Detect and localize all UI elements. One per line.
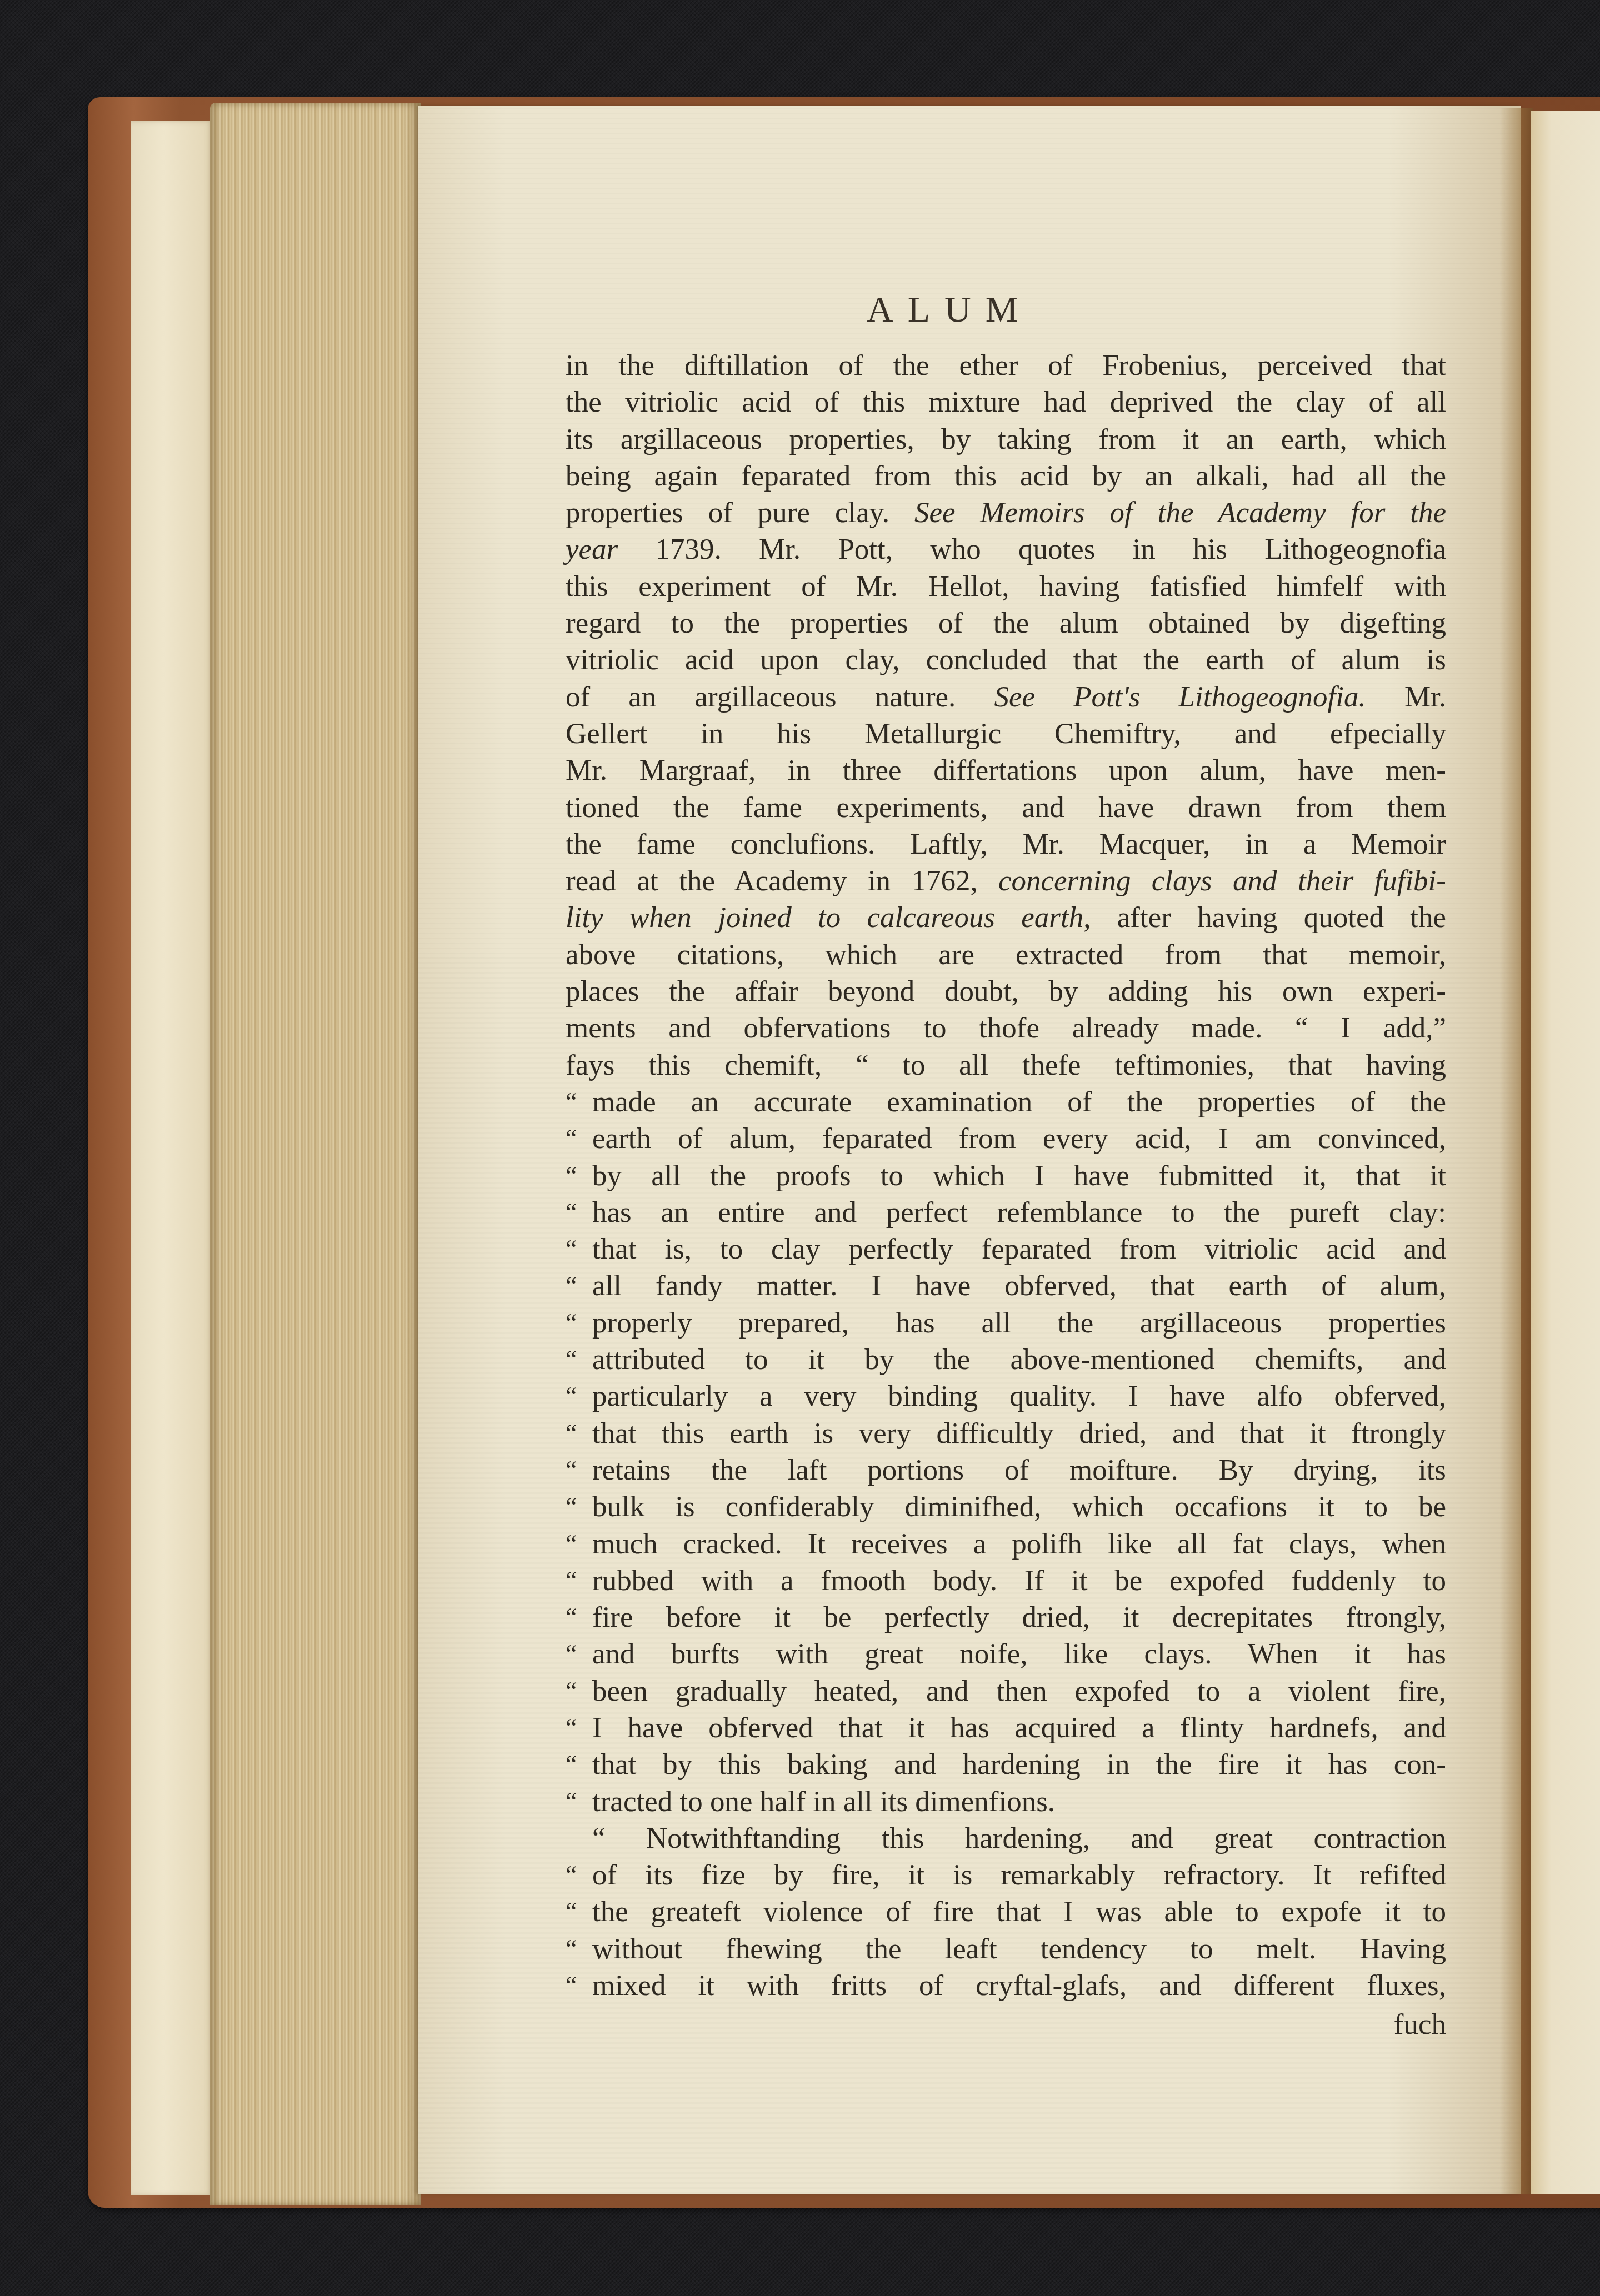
quotation-mark: “ (566, 1378, 577, 1415)
text-line: the fame conclufions. Laftly, Mr. Macque… (566, 826, 1446, 863)
quotation-mark: “ (566, 1120, 577, 1157)
text-line: being again feparated from this acid by … (566, 458, 1446, 494)
endpaper (131, 121, 213, 2195)
italic-segment: See Pott's Lithogeognofia. (994, 681, 1366, 713)
text-line: regard to the properties of the alum obt… (566, 605, 1446, 641)
quotation-mark: “ (566, 1931, 577, 1967)
text-line: its argillaceous properties, by taking f… (566, 421, 1446, 458)
text-line: ments and obfervations to thofe already … (566, 1010, 1446, 1046)
text-segment: that this earth is very difficultly drie… (592, 1417, 1446, 1450)
quotation-mark: “ (566, 1415, 577, 1452)
quotation-mark: “ (566, 1194, 577, 1231)
text-segment: that is, to clay perfectly feparated fro… (592, 1233, 1446, 1265)
text-segment: attributed to it by the above-mentioned … (592, 1343, 1446, 1376)
text-segment: mixed it with fritts of cryftal-glafs, a… (592, 1969, 1446, 2002)
text-segment: places the affair beyond doubt, by addin… (566, 975, 1446, 1007)
text-segment: that by this baking and hardening in the… (592, 1748, 1446, 1781)
text-line: “much cracked. It receives a polifh like… (566, 1526, 1446, 1562)
text-segment: been gradually heated, and then expofed … (592, 1675, 1446, 1707)
text-segment: tracted to one half in all its dimenfion… (592, 1786, 1055, 1818)
text-segment: particularly a very binding quality. I h… (592, 1380, 1446, 1412)
text-line: “mixed it with fritts of cryftal-glafs, … (566, 1967, 1446, 2004)
text-line: “that by this baking and hardening in th… (566, 1746, 1446, 1783)
quotation-mark: “ (566, 1967, 577, 2004)
text-line: “has an entire and perfect refemblance t… (566, 1194, 1446, 1231)
text-segment: above citations, which are extracted fro… (566, 939, 1446, 971)
text-segment: properties of pure clay. (566, 497, 914, 529)
text-line: tioned the fame experiments, and have dr… (566, 789, 1446, 826)
text-segment: much cracked. It receives a polifh like … (592, 1528, 1446, 1560)
text-line: “that is, to clay perfectly feparated fr… (566, 1231, 1446, 1267)
text-line: “of its fize by fire, it is remarkably r… (566, 1857, 1446, 1893)
text-line: “properly prepared, has all the argillac… (566, 1305, 1446, 1341)
text-line: “attributed to it by the above-mentioned… (566, 1341, 1446, 1378)
text-segment: rubbed with a fmooth body. If it be expo… (592, 1565, 1446, 1597)
body-text: in the diftillation of the ether of Frob… (566, 347, 1446, 2004)
text-segment: Mr. (1366, 681, 1446, 713)
stacked-page-edges (210, 103, 421, 2205)
text-line: “tracted to one half in all its dimenfio… (566, 1783, 1446, 1820)
text-segment: has an entire and perfect refemblance to… (592, 1196, 1446, 1229)
text-line: “without fhewing the leaft tendency to m… (566, 1931, 1446, 1967)
text-segment: , after having quoted the (1083, 901, 1446, 934)
text-line: above citations, which are extracted fro… (566, 936, 1446, 973)
text-line: “been gradually heated, and then expofed… (566, 1673, 1446, 1710)
catchword-line: fuch (566, 2008, 1446, 2041)
text-segment: retains the laft portions of moifture. B… (592, 1454, 1446, 1486)
quotation-mark: “ (566, 1562, 577, 1599)
text-segment: in the diftillation of the ether of Frob… (566, 349, 1446, 382)
text-segment: all fandy matter. I have obferved, that … (592, 1270, 1446, 1302)
text-segment: by all the proofs to which I have fubmit… (592, 1160, 1446, 1192)
text-line: read at the Academy in 1762, concerning … (566, 863, 1446, 899)
italic-segment: See Memoirs of the Academy for the (914, 497, 1446, 529)
text-line: “by all the proofs to which I have fubmi… (566, 1157, 1446, 1194)
recto-page-sliver (1531, 111, 1600, 2194)
text-line: the vitriolic acid of this mixture had d… (566, 384, 1446, 420)
text-segment: 1739. Mr. Pott, who quotes in his Lithog… (655, 533, 1446, 565)
text-segment: earth of alum, feparated from every acid… (592, 1122, 1446, 1155)
quotation-mark: “ (566, 1341, 577, 1378)
text-line: “and burfts with great noife, like clays… (566, 1636, 1446, 1672)
text-line: Gellert in his Metallurgic Chemiftry, an… (566, 715, 1446, 752)
text-line: “ Notwithftanding this hardening, and gr… (566, 1820, 1446, 1857)
quotation-mark: “ (566, 1305, 577, 1341)
text-segment: the fame conclufions. Laftly, Mr. Macque… (566, 828, 1446, 860)
text-line: Mr. Margraaf, in three differtations upo… (566, 752, 1446, 789)
quotation-mark: “ (566, 1673, 577, 1710)
quotation-mark: “ (566, 1893, 577, 1930)
text-segment: and burfts with great noife, like clays.… (592, 1638, 1446, 1670)
italic-segment: lity when joined to calcareous earth (566, 901, 1083, 934)
text-line: this experiment of Mr. Hellot, having fa… (566, 568, 1446, 605)
text-line: “bulk is confiderably diminifhed, which … (566, 1488, 1446, 1525)
quotation-mark: “ (566, 1231, 577, 1267)
quotation-mark: “ (566, 1783, 577, 1820)
text-line: in the diftillation of the ether of Frob… (566, 347, 1446, 384)
text-line: vitriolic acid upon clay, concluded that… (566, 641, 1446, 678)
text-line: places the affair beyond doubt, by addin… (566, 973, 1446, 1010)
text-segment: the greateft violence of fire that I was… (592, 1896, 1446, 1928)
text-line: of an argillaceous nature. See Pott's Li… (566, 679, 1446, 715)
text-line: properties of pure clay. See Memoirs of … (566, 494, 1446, 531)
text-segment: of an argillaceous nature. (566, 681, 994, 713)
text-line: “retains the laft portions of moifture. … (566, 1452, 1446, 1488)
quotation-mark: “ (566, 1746, 577, 1783)
text-segment: bulk is confiderably diminifhed, which o… (592, 1491, 1446, 1523)
quotation-mark: “ (566, 1084, 577, 1120)
text-segment: being again feparated from this acid by … (566, 460, 1446, 492)
text-segment: I have obferved that it has acquired a f… (592, 1712, 1446, 1744)
catchword: fuch (1394, 2008, 1446, 2041)
quotation-mark: “ (566, 1157, 577, 1194)
quotation-mark: “ (566, 1857, 577, 1893)
quotation-mark: “ (566, 1599, 577, 1636)
text-line: year 1739. Mr. Pott, who quotes in his L… (566, 531, 1446, 568)
text-segment: fays this chemift, “ to all thefe teftim… (566, 1049, 1446, 1081)
italic-segment: concerning clays and their fufibi- (998, 865, 1446, 897)
quotation-mark: “ (566, 1452, 577, 1488)
text-segment: vitriolic acid upon clay, concluded that… (566, 644, 1446, 676)
text-segment: the vitriolic acid of this mixture had d… (566, 386, 1446, 418)
text-segment: its argillaceous properties, by taking f… (566, 423, 1446, 455)
text-segment: this experiment of Mr. Hellot, having fa… (566, 570, 1446, 603)
text-segment: fire before it be perfectly dried, it de… (592, 1601, 1446, 1633)
running-head: ALUM (867, 289, 1144, 331)
text-segment: “ Notwithftanding this hardening, and gr… (592, 1822, 1446, 1854)
quotation-mark: “ (566, 1488, 577, 1525)
text-line: “fire before it be perfectly dried, it d… (566, 1599, 1446, 1636)
italic-segment: year (566, 533, 655, 565)
text-line: “particularly a very binding quality. I … (566, 1378, 1446, 1415)
text-segment: of its fize by fire, it is remarkably re… (592, 1859, 1446, 1891)
text-segment: tioned the fame experiments, and have dr… (566, 791, 1446, 824)
text-segment: without fhewing the leaft tendency to me… (592, 1933, 1446, 1965)
text-line: “all fandy matter. I have obferved, that… (566, 1267, 1446, 1304)
text-line: “I have obferved that it has acquired a … (566, 1710, 1446, 1746)
text-line: “rubbed with a fmooth body. If it be exp… (566, 1562, 1446, 1599)
text-segment: ments and obfervations to thofe already … (566, 1012, 1446, 1044)
text-line: fays this chemift, “ to all thefe teftim… (566, 1047, 1446, 1084)
text-line: “made an accurate examination of the pro… (566, 1084, 1446, 1120)
quotation-mark: “ (566, 1526, 577, 1562)
text-segment: made an accurate examination of the prop… (592, 1086, 1446, 1118)
text-line: “the greateft violence of fire that I wa… (566, 1893, 1446, 1930)
quotation-mark: “ (566, 1636, 577, 1672)
text-segment: regard to the properties of the alum obt… (566, 607, 1446, 639)
quotation-mark: “ (566, 1710, 577, 1746)
quotation-mark: “ (566, 1267, 577, 1304)
text-segment: Gellert in his Metallurgic Chemiftry, an… (566, 718, 1446, 750)
text-line: “earth of alum, feparated from every aci… (566, 1120, 1446, 1157)
text-segment: properly prepared, has all the argillace… (592, 1307, 1446, 1339)
text-segment: read at the Academy in 1762, (566, 865, 998, 897)
text-segment: Mr. Margraaf, in three differtations upo… (566, 754, 1446, 786)
gutter-shadow (1500, 108, 1533, 2194)
text-line: “that this earth is very difficultly dri… (566, 1415, 1446, 1452)
text-line: lity when joined to calcareous earth, af… (566, 899, 1446, 936)
